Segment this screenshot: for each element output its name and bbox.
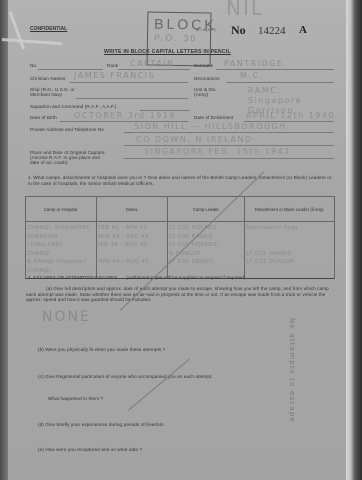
leader-cell: LT COL HOLMES LT COL BANKS LT COL HOLMES… [168,222,245,279]
q-text: Give briefly your experiences during per… [45,422,165,427]
unit-label: Unit & Div. (Army) [194,87,224,97]
question-2c-followup: What happened to them ? [48,396,103,401]
q-label: (b) [38,347,44,352]
cell-text: LT COL HARRIS [246,250,333,259]
rule [118,69,190,70]
rank-value: CAPTAIN [130,59,174,68]
cell-text [246,241,333,250]
rule [124,145,334,146]
rule [38,69,103,70]
cell-text: & KRANJI (Hospital) [27,258,95,267]
q-label: (c) [38,374,44,379]
hq-label: M.I.9/(AFP) [196,27,216,32]
enlistment-label: Date of Enlistment [194,115,233,120]
decorations-value: M.C. [240,71,264,80]
rule [124,132,334,133]
cell-text [246,233,333,242]
christian-names-value: JAMES FRANCIS [74,71,155,80]
q-text: Were you physically fit when you made th… [45,347,165,352]
dates-cell: FEB 42 - APR 42 APR 43 - DEC 43 JAN 44 -… [97,222,168,279]
cell-text: LT COL BANKS [169,233,243,242]
serial-number: 14224 [258,25,286,37]
scan-edge-left [0,0,8,480]
section1-text: What camps, detachments or hospitals wer… [28,175,333,186]
section1-number: 1. [28,175,32,180]
col-camp: Camp or Hospital. [26,197,97,222]
col-block-leader: Detachment or Block Leader (if any). [245,197,335,222]
q-text: How were you recaptured and on what date… [45,447,142,452]
dob-label: Date of Birth [30,115,57,120]
cell-text: LT COL DUNLOP [246,258,333,267]
question-2a: (a) Give full description and approx. da… [26,286,332,303]
rank-label: Rank [107,63,118,68]
ship-label: Ship (R.N., U.S.N. or Merchant Navy [30,87,78,97]
capture-label: Place and Date of Original Capture (Airc… [30,150,110,165]
address-line2: CO DOWN, N IRELAND [136,135,253,144]
q-text: Give Regimental particulars of anyone wh… [45,374,213,379]
q-label: (a) [46,286,52,291]
rule [226,82,334,83]
question-2e: (e) How were you recaptured and on what … [38,447,142,452]
stamp-sub: P.O. 30 [154,33,198,44]
section2-number: 2. [28,275,32,280]
question-2d: (d) Give briefly your experiences during… [38,422,165,427]
surname-label: Surname [194,63,213,68]
cell-text: CHANGI [27,250,95,259]
form-instruction: WRITE IN BLOCK CAPITAL LETTERS IN PENCIL [104,49,231,55]
cell-text: FEB 42 - APR 42 [98,224,166,233]
pencil-mark-nil: NIL [226,0,264,20]
cell-text: APR 43 - DEC 43 [98,233,166,242]
address-label: Private Address and Telephone No. [30,127,105,132]
block-cell: Manchester Regt LT COL HARRIS LT COL DUN… [245,222,335,279]
capture-value: SINGAPORE FEB. 15th 1942 [144,147,291,156]
table-row: CHANGI, SINGAPORE SONKURAI (THAILAND) CH… [26,222,335,279]
answer-2a: NONE [42,309,91,325]
camp-cell: CHANGI, SINGAPORE SONKURAI (THAILAND) CH… [26,222,97,279]
cell-text: CHANGI, SINGAPORE [27,224,95,233]
enlistment-value: APRIL 12th 1940 [246,111,335,120]
cell-text: APR 44 - AUG 45 [98,258,166,267]
cell-text [98,250,166,259]
camps-table: Camp or Hospital. Dates. Camp Leader. De… [25,196,335,279]
margin-note: No attempts to escape [288,318,296,423]
dob-value: OCTOBER 3rd 1916 [74,111,176,120]
section1-question: 1. What camps, detachments or hospitals … [28,175,336,187]
surname-value: PANTRIDGE [224,59,284,68]
cell-text: JAN 44 - AUG 45 [98,241,166,250]
rule [216,69,334,70]
col-dates: Dates. [97,197,168,222]
scan-edge-right [346,0,362,480]
section2-heading: 2. ESCAPES OR ATTEMPTED ESCAPES. (Additi… [28,275,247,280]
address-line1: SION HILL — HILLSBOROUGH [134,122,287,131]
question-2c: (c) Give Regimental particulars of anyon… [38,374,213,379]
christian-names-label: Christian Names [30,76,65,81]
section2-note: (Additional paper will be supplied on re… [126,275,247,280]
q-text: Give full description and approx. date o… [26,286,329,302]
rule [124,158,334,159]
serial-suffix: A [299,24,307,36]
serial-symbol: No [231,23,246,38]
decorations-label: Decorations [194,76,220,81]
cell-text: Manchester Regt [246,224,333,233]
classification-label: CONFIDENTIAL [30,26,67,32]
squadron-label: Squadron and Command (R.A.F., A.A.F.) [30,104,116,109]
cell-text: SONKURAI (THAILAND) [27,233,95,250]
cell-text: LT COL HOLMES [169,241,243,250]
section2-title: ESCAPES OR ATTEMPTED ESCAPES. [33,275,119,280]
rule [76,98,188,99]
rule [70,82,188,83]
question-2b: (b) Were you physically fit when you mad… [38,347,165,352]
q-label: (e) [38,447,44,452]
no-label: No. [30,63,37,68]
cell-text: LT COL NEWEY [169,258,243,267]
q-label: (d) [38,422,44,427]
